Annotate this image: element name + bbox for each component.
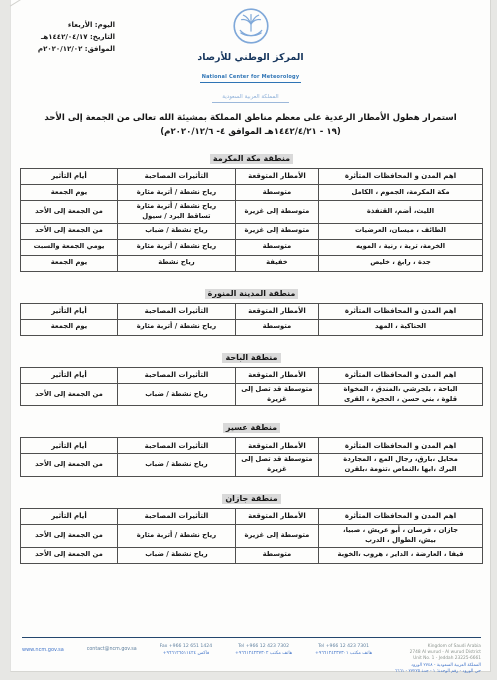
impact-days-cell: من الجمعة إلى الأحد	[21, 547, 118, 563]
contact-email: contact@ncm.gov.sa	[87, 647, 137, 652]
table-header-row: اهم المدن و المحافظات المتأثرةالأمطار ال…	[21, 438, 483, 454]
weather-table: اهم المدن و المحافظات المتأثرةالأمطار ال…	[20, 303, 483, 336]
impact-days-cell: من الجمعة إلى الأحد	[21, 383, 118, 406]
report-title-line1: استمرار هطول الأمطار الرعدية على معظم من…	[11, 112, 490, 126]
date-gregorian: الموافق: ٢٠٢٠/١٢/٠٢م	[29, 44, 115, 56]
org-name-arabic: المركز الوطني للأرصاد	[186, 52, 316, 63]
table-row: الخرمة، تربة ، رنية ، المويهمتوسطةرياح ن…	[21, 239, 483, 255]
table-header-cell: الأمطار المتوقعة	[235, 509, 318, 525]
table-row: جازان ، فرسان ، أبو عريش ، صبيا، بيش، ال…	[21, 525, 483, 548]
table-header-row: اهم المدن و المحافظات المتأثرةالأمطار ال…	[21, 509, 483, 525]
impact-days-cell: من الجمعة إلى الأحد	[21, 454, 118, 477]
table-header-cell: اهم المدن و المحافظات المتأثرة	[319, 438, 483, 454]
report-title: استمرار هطول الأمطار الرعدية على معظم من…	[11, 112, 490, 140]
table-header-row: اهم المدن و المحافظات المتأثرةالأمطار ال…	[21, 169, 483, 185]
table-row: الباحة ، بلجرشي ،المندق ، المخواة قلوة ،…	[21, 383, 483, 406]
expected-rain-cell: متوسطة	[235, 319, 318, 335]
table-header-cell: أيام التأثير	[21, 509, 118, 525]
table-header-cell: التأثيرات المصاحبة	[118, 169, 236, 185]
cities-cell: الليث، أضم، القنفذة	[319, 201, 483, 224]
cities-cell: الحناكية ، المهد	[319, 319, 483, 335]
accompanying-effects-cell: رياح نشطة / ضباب	[118, 454, 236, 477]
impact-days-cell: يومي الجمعة والسبت	[21, 239, 118, 255]
cities-cell: فيفا ، العارضة ، الداير ، هروب ،الخوبة	[319, 547, 483, 563]
ncm-emblem-icon	[232, 30, 270, 49]
table-header-cell: الأمطار المتوقعة	[235, 367, 318, 383]
sections-container: منطقة مكة المكرمةاهم المدن و المحافظات ا…	[20, 146, 483, 573]
accompanying-effects-cell: رياح نشطة / ضباب	[118, 223, 236, 239]
tel-block-2: Tel +966 12 423 7301 هاتف مكتب ٩٦٦١٢٤٢٣٧…	[315, 644, 372, 658]
fax-block: Fax +966 12 651 1424 فاكس ٩٦٦١٢٦٥١١٤٢٤+	[160, 644, 213, 658]
table-header-cell: الأمطار المتوقعة	[235, 169, 318, 185]
section-title: منطقة المدينة المنورة	[205, 289, 299, 299]
table-row: مكة المكرمة، الجموم ، الكاملمتوسطةرياح ن…	[21, 185, 483, 201]
expected-rain-cell: متوسطة	[235, 239, 318, 255]
date-day: اليوم: الأربعاء	[29, 20, 115, 32]
page-footer: www.ncm.gov.sa contact@ncm.gov.sa Fax +9…	[22, 637, 481, 675]
table-header-cell: اهم المدن و المحافظات المتأثرة	[319, 303, 483, 319]
section-title: منطقة جازان	[222, 494, 280, 504]
tel-block-1: Tel +966 12 423 7302 هاتف مكتب ٩٦٦١٢٤٢٣٧…	[235, 644, 292, 658]
org-name-english: National Center for Meteorology	[200, 73, 302, 83]
tel1-number-ar: هاتف مكتب ٩٦٦١٢٤٢٣٧٣٠٢+	[235, 651, 292, 658]
fax-number-ar: فاكس ٩٦٦١٢٦٥١١٤٢٤+	[160, 651, 213, 658]
address-block: Kingdom of Saudi Arabia 2748 Al wurud - …	[395, 644, 481, 675]
section-title: منطقة الباحة	[222, 353, 280, 363]
table-header-cell: أيام التأثير	[21, 303, 118, 319]
accompanying-effects-cell: رياح نشطة / أتربة مثارة تساقط البرد / سي…	[118, 201, 236, 224]
impact-days-cell: من الجمعة إلى الأحد	[21, 525, 118, 548]
table-header-cell: التأثيرات المصاحبة	[118, 509, 236, 525]
expected-rain-cell: متوسطة	[235, 547, 318, 563]
section-title: منطقة عسير	[223, 423, 280, 433]
page-corner-fold	[10, 0, 22, 7]
table-header-row: اهم المدن و المحافظات المتأثرةالأمطار ال…	[21, 303, 483, 319]
table-header-row: اهم المدن و المحافظات المتأثرةالأمطار ال…	[21, 367, 483, 383]
expected-rain-cell: متوسطة	[235, 185, 318, 201]
weather-table: اهم المدن و المحافظات المتأثرةالأمطار ال…	[20, 437, 483, 477]
expected-rain-cell: متوسطة إلى غزيرة	[235, 201, 318, 224]
table-row: جدة ، رابغ ، خليصخفيفةرياح نشطةيوم الجمع…	[21, 255, 483, 271]
accompanying-effects-cell: رياح نشطة / أتربة مثارة	[118, 185, 236, 201]
section-title: منطقة مكة المكرمة	[210, 154, 293, 164]
table-header-cell: التأثيرات المصاحبة	[118, 303, 236, 319]
expected-rain-cell: خفيفة	[235, 255, 318, 271]
table-header-cell: الأمطار المتوقعة	[235, 438, 318, 454]
table-header-cell: اهم المدن و المحافظات المتأثرة	[319, 367, 483, 383]
report-title-line2: (١٩ - ١٤٤٢/٤/٢١هـ الموافق ٤- ٢٠٢٠/١٢/٦م)	[11, 126, 490, 140]
table-row: محايل ،بارق، رجال المع ، المجاردة البرك …	[21, 454, 483, 477]
impact-days-cell: يوم الجمعة	[21, 255, 118, 271]
weather-table: اهم المدن و المحافظات المتأثرةالأمطار ال…	[20, 367, 483, 407]
impact-days-cell: يوم الجمعة	[21, 185, 118, 201]
accompanying-effects-cell: رياح نشطة / أتربة مثارة	[118, 525, 236, 548]
date-block: اليوم: الأربعاء التاريخ: ١٤٤٢/٠٤/١٧هـ ال…	[29, 20, 115, 56]
impact-days-cell: يوم الجمعة	[21, 319, 118, 335]
table-header-cell: الأمطار المتوقعة	[235, 303, 318, 319]
cities-cell: الخرمة، تربة ، رنية ، المويه	[319, 239, 483, 255]
cities-cell: جازان ، فرسان ، أبو عريش ، صبيا، بيش، ال…	[319, 525, 483, 548]
tel1-number-en: Tel +966 12 423 7302	[235, 644, 292, 651]
tel2-number-ar: هاتف مكتب ٩٦٦١٢٤٢٣٧٣٠١+	[315, 651, 372, 658]
accompanying-effects-cell: رياح نشطة / أتربة مثارة	[118, 319, 236, 335]
table-row: الحناكية ، المهدمتوسطةرياح نشطة / أتربة …	[21, 319, 483, 335]
expected-rain-cell: متوسطة قد تصل إلى غزيرة	[235, 454, 318, 477]
website-url: www.ncm.gov.sa	[22, 647, 64, 653]
cities-cell: محايل ،بارق، رجال المع ، المجاردة البرك …	[319, 454, 483, 477]
ncm-logo: المركز الوطني للأرصاد National Center fo…	[186, 7, 316, 103]
impact-days-cell: من الجمعة إلى الأحد	[21, 223, 118, 239]
cities-cell: مكة المكرمة، الجموم ، الكامل	[319, 185, 483, 201]
table-header-cell: التأثيرات المصاحبة	[118, 367, 236, 383]
address-line5: حي الورود - رقم الوحدة: ١ - جدة ٢٣٢٢٥ - …	[395, 669, 481, 675]
fax-number-en: Fax +966 12 651 1424	[160, 644, 213, 651]
document-page: اليوم: الأربعاء التاريخ: ١٤٤٢/٠٤/١٧هـ ال…	[10, 0, 491, 672]
table-header-cell: أيام التأثير	[21, 169, 118, 185]
table-header-cell: أيام التأثير	[21, 367, 118, 383]
table-header-cell: أيام التأثير	[21, 438, 118, 454]
expected-rain-cell: متوسطة إلى غزيرة	[235, 525, 318, 548]
table-row: الليث، أضم، القنفذةمتوسطة إلى غزيرةرياح …	[21, 201, 483, 224]
table-row: الطائف ، ميسان، العرضياتمتوسطة إلى غزيرة…	[21, 223, 483, 239]
table-row: فيفا ، العارضة ، الداير ، هروب ،الخوبةمت…	[21, 547, 483, 563]
expected-rain-cell: متوسطة قد تصل إلى غزيرة	[235, 383, 318, 406]
accompanying-effects-cell: رياح نشطة / ضباب	[118, 547, 236, 563]
weather-table: اهم المدن و المحافظات المتأثرةالأمطار ال…	[20, 508, 483, 564]
table-header-cell: اهم المدن و المحافظات المتأثرة	[319, 169, 483, 185]
cities-cell: جدة ، رابغ ، خليص	[319, 255, 483, 271]
expected-rain-cell: متوسطة إلى غزيرة	[235, 223, 318, 239]
impact-days-cell: من الجمعة إلى الأحد	[21, 201, 118, 224]
date-hijri: التاريخ: ١٤٤٢/٠٤/١٧هـ	[29, 32, 115, 44]
accompanying-effects-cell: رياح نشطة	[118, 255, 236, 271]
cities-cell: الطائف ، ميسان، العرضيات	[319, 223, 483, 239]
cities-cell: الباحة ، بلجرشي ،المندق ، المخواة قلوة ،…	[319, 383, 483, 406]
table-header-cell: اهم المدن و المحافظات المتأثرة	[319, 509, 483, 525]
accompanying-effects-cell: رياح نشطة / ضباب	[118, 383, 236, 406]
country-name: المملكة العربية السعودية	[212, 93, 288, 103]
table-header-cell: التأثيرات المصاحبة	[118, 438, 236, 454]
weather-table: اهم المدن و المحافظات المتأثرةالأمطار ال…	[20, 168, 483, 272]
tel2-number-en: Tel +966 12 423 7301	[315, 644, 372, 651]
accompanying-effects-cell: رياح نشطة / أتربة مثارة	[118, 239, 236, 255]
